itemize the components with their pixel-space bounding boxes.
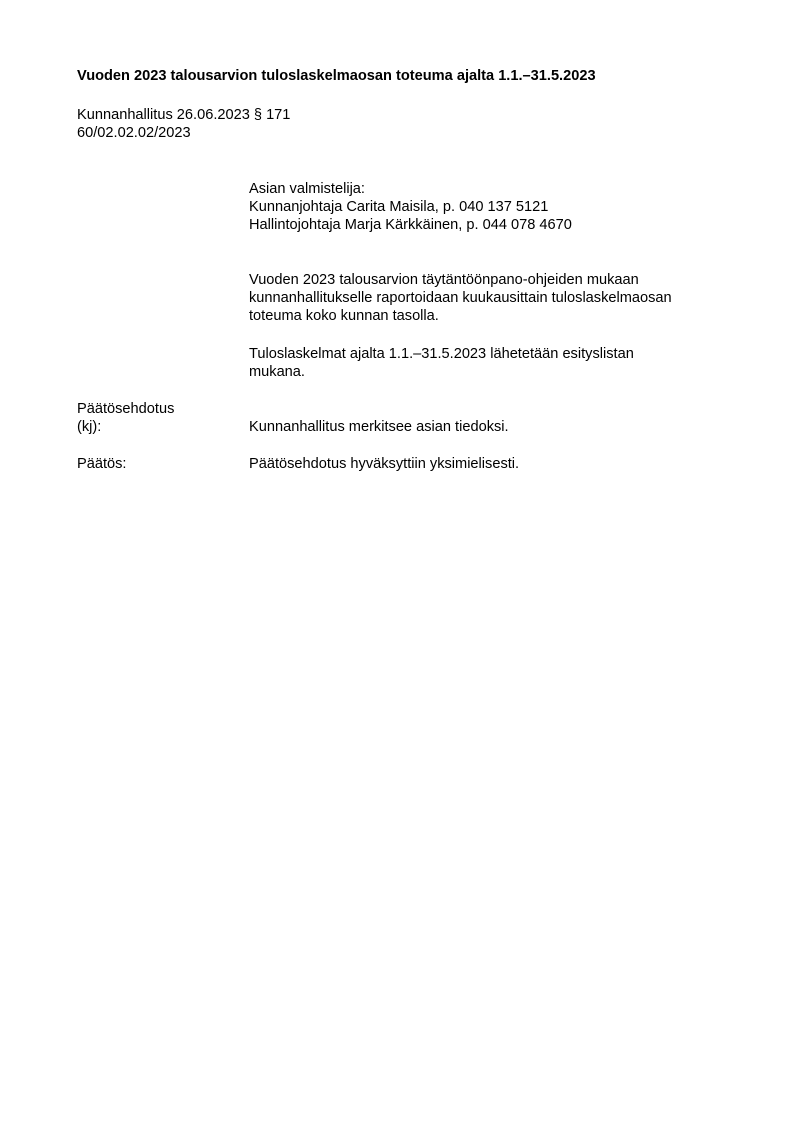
preparer-line: Hallintojohtaja Marja Kärkkäinen, p. 044… <box>249 216 572 234</box>
document-title: Vuoden 2023 talousarvion tuloslaskelmaos… <box>77 67 596 85</box>
proposal-label: Päätösehdotus <box>77 400 174 418</box>
decision-text: Päätösehdotus hyväksyttiin yksimielisest… <box>249 455 519 473</box>
body-paragraph-2-line: Tuloslaskelmat ajalta 1.1.–31.5.2023 läh… <box>249 345 634 363</box>
body-paragraph-1-line: toteuma koko kunnan tasolla. <box>249 307 439 325</box>
record-number: 60/02.02.02/2023 <box>77 124 191 142</box>
meeting-info: Kunnanhallitus 26.06.2023 § 171 <box>77 106 290 124</box>
proposal-text: Kunnanhallitus merkitsee asian tiedoksi. <box>249 418 509 436</box>
preparer-line: Kunnanjohtaja Carita Maisila, p. 040 137… <box>249 198 548 216</box>
body-paragraph-1-line: kunnanhallitukselle raportoidaan kuukaus… <box>249 289 672 307</box>
preparer-heading: Asian valmistelija: <box>249 180 365 198</box>
decision-label: Päätös: <box>77 455 127 473</box>
body-paragraph-1-line: Vuoden 2023 talousarvion täytäntöönpano-… <box>249 271 639 289</box>
proposal-label-sub: (kj): <box>77 418 101 436</box>
body-paragraph-2-line: mukana. <box>249 363 305 381</box>
